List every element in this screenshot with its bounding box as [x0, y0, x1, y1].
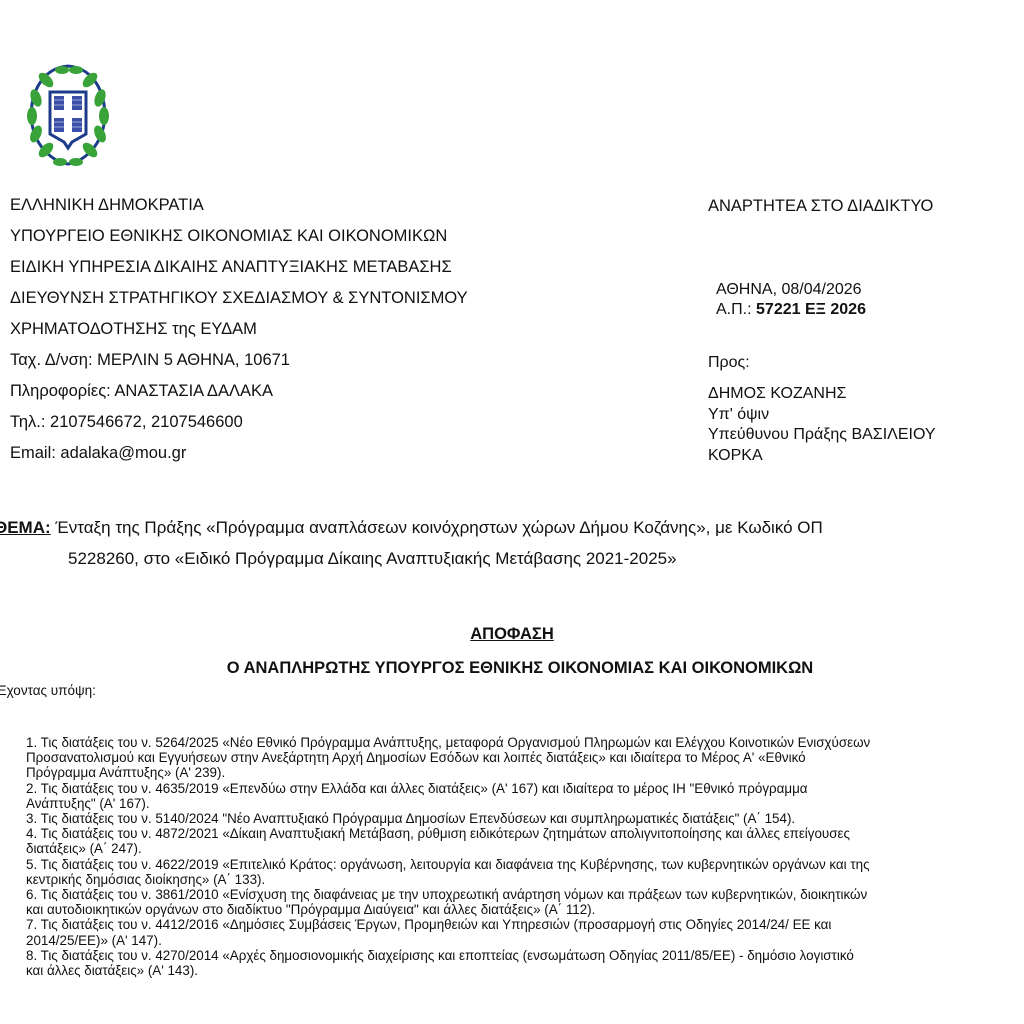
greek-coat-of-arms-icon — [22, 58, 114, 170]
legal-basis-item: 3. Τις διατάξεις του ν. 5140/2024 "Νέο Α… — [26, 811, 1024, 826]
authority-title: Ο ΑΝΑΠΛΗΡΩΤΗΣ ΥΠΟΥΡΓΟΣ ΕΘΝΙΚΗΣ ΟΙΚΟΝΟΜΙΑ… — [0, 659, 1024, 678]
legal-basis-list: 1. Τις διατάξεις του ν. 5264/2025 «Νέο Ε… — [26, 735, 1024, 978]
legal-basis-line: 2. Τις διατάξεις του ν. 4635/2019 «Επενδ… — [26, 781, 1024, 796]
protocol-value: 57221 ΕΞ 2026 — [756, 301, 866, 318]
recipient-line: ΔΗΜΟΣ ΚΟΖΑΝΗΣ — [708, 384, 936, 405]
legal-basis-item: 2. Τις διατάξεις του ν. 4635/2019 «Επενδ… — [26, 781, 1024, 811]
sender-address: Ταχ. Δ/νση: ΜΕΡΛΙΝ 5 ΑΘΗΝΑ, 10671 — [10, 345, 468, 376]
sender-country: ΕΛΛΗΝΙΚΗ ΔΗΜΟΚΡΑΤΙΑ — [10, 190, 468, 221]
legal-basis-line: Προσανατολισμού και Εγγυήσεων στην Ανεξά… — [26, 750, 1024, 765]
subject-text-cont: 5228260, στο «Ειδικό Πρόγραμμα Δίκαιης Α… — [68, 549, 1024, 569]
sender-phone: Τηλ.: 2107546672, 2107546600 — [10, 407, 468, 438]
posting-note: ΑΝΑΡΤΗΤΕΑ ΣΤΟ ΔΙΑΔΙΚΤΥΟ — [708, 197, 933, 216]
sender-block: ΕΛΛΗΝΙΚΗ ΔΗΜΟΚΡΑΤΙΑ ΥΠΟΥΡΓΕΙΟ ΕΘΝΙΚΗΣ ΟΙ… — [10, 190, 468, 469]
recipient-block: ΔΗΜΟΣ ΚΟΖΑΝΗΣ Υπ' όψιν Υπεύθυνου Πράξης … — [708, 384, 936, 466]
sender-directorate: ΔΙΕΥΘΥΝΣΗ ΣΤΡΑΤΗΓΙΚΟΥ ΣΧΕΔΙΑΣΜΟΥ & ΣΥΝΤΟ… — [10, 283, 468, 314]
legal-basis-line: 1. Τις διατάξεις του ν. 5264/2025 «Νέο Ε… — [26, 735, 1024, 750]
sender-email[interactable]: Email: adalaka@mou.gr — [10, 438, 468, 469]
legal-basis-item: 4. Τις διατάξεις του ν. 4872/2021 «Δίκαι… — [26, 826, 1024, 856]
subject-block: ΘΕΜΑ: Ένταξη της Πράξης «Πρόγραμμα αναπλ… — [0, 518, 1024, 569]
legal-basis-item: 1. Τις διατάξεις του ν. 5264/2025 «Νέο Ε… — [26, 735, 1024, 781]
recipient-label: Προς: — [708, 354, 750, 372]
subject-label: ΘΕΜΑ: — [0, 518, 51, 537]
legal-basis-item: 5. Τις διατάξεις του ν. 4622/2019 «Επιτε… — [26, 857, 1024, 887]
legal-basis-line: κεντρικής δημόσιας διοίκησης» (Α΄ 133). — [26, 872, 1024, 887]
legal-basis-item: 8. Τις διατάξεις του ν. 4270/2014 «Αρχές… — [26, 948, 1024, 978]
legal-basis-line: 6. Τις διατάξεις του ν. 3861/2010 «Ενίσχ… — [26, 887, 1024, 902]
sender-directorate-cont: ΧΡΗΜΑΤΟΔΟΤΗΣΗΣ της ΕΥΔΑΜ — [10, 314, 468, 345]
decision-title: ΑΠΟΦΑΣΗ — [0, 625, 1024, 644]
protocol-number: Α.Π.: 57221 ΕΞ 2026 — [716, 300, 866, 320]
protocol-label: Α.Π.: — [716, 301, 752, 318]
legal-basis-line: 4. Τις διατάξεις του ν. 4872/2021 «Δίκαι… — [26, 826, 1024, 841]
document-date: ΑΘΗΝΑ, 08/04/2026 — [716, 280, 866, 300]
recipient-line: Υπεύθυνου Πράξης ΒΑΣΙΛΕΙΟΥ — [708, 425, 936, 446]
legal-basis-line: 8. Τις διατάξεις του ν. 4270/2014 «Αρχές… — [26, 948, 1024, 963]
legal-basis-line: Ανάπτυξης" (Α' 167). — [26, 796, 1024, 811]
sender-service: ΕΙΔΙΚΗ ΥΠΗΡΕΣΙΑ ΔΙΚΑΙΗΣ ΑΝΑΠΤΥΞΙΑΚΗΣ ΜΕΤ… — [10, 252, 468, 283]
date-protocol-block: ΑΘΗΝΑ, 08/04/2026 Α.Π.: 57221 ΕΞ 2026 — [716, 280, 866, 320]
subject-text: Ένταξη της Πράξης «Πρόγραμμα αναπλάσεων … — [55, 518, 822, 537]
sender-contact-person: Πληροφορίες: ΑΝΑΣΤΑΣΙΑ ΔΑΛΑΚΑ — [10, 376, 468, 407]
legal-basis-item: 6. Τις διατάξεις του ν. 3861/2010 «Ενίσχ… — [26, 887, 1024, 917]
legal-basis-line: διατάξεις» (Α΄ 247). — [26, 841, 1024, 856]
legal-basis-line: και αυτοδιοικητικών οργάνων στο διαδίκτυ… — [26, 902, 1024, 917]
sender-ministry: ΥΠΟΥΡΓΕΙΟ ΕΘΝΙΚΗΣ ΟΙΚΟΝΟΜΙΑΣ ΚΑΙ ΟΙΚΟΝΟΜ… — [10, 221, 468, 252]
legal-basis-item: 7. Τις διατάξεις του ν. 4412/2016 «Δημόσ… — [26, 917, 1024, 947]
legal-basis-line: Πρόγραμμα Ανάπτυξης» (Α' 239). — [26, 765, 1024, 780]
recipient-line: ΚΟΡΚΑ — [708, 446, 936, 467]
legal-basis-line: 2014/25/ΕΕ)» (Α' 147). — [26, 933, 1024, 948]
having-regard-label: Έχοντας υπόψη: — [0, 683, 96, 698]
legal-basis-line: 5. Τις διατάξεις του ν. 4622/2019 «Επιτε… — [26, 857, 1024, 872]
legal-basis-line: 7. Τις διατάξεις του ν. 4412/2016 «Δημόσ… — [26, 917, 1024, 932]
legal-basis-line: και άλλες διατάξεις» (Α' 143). — [26, 963, 1024, 978]
recipient-line: Υπ' όψιν — [708, 405, 936, 426]
legal-basis-line: 3. Τις διατάξεις του ν. 5140/2024 "Νέο Α… — [26, 811, 1024, 826]
